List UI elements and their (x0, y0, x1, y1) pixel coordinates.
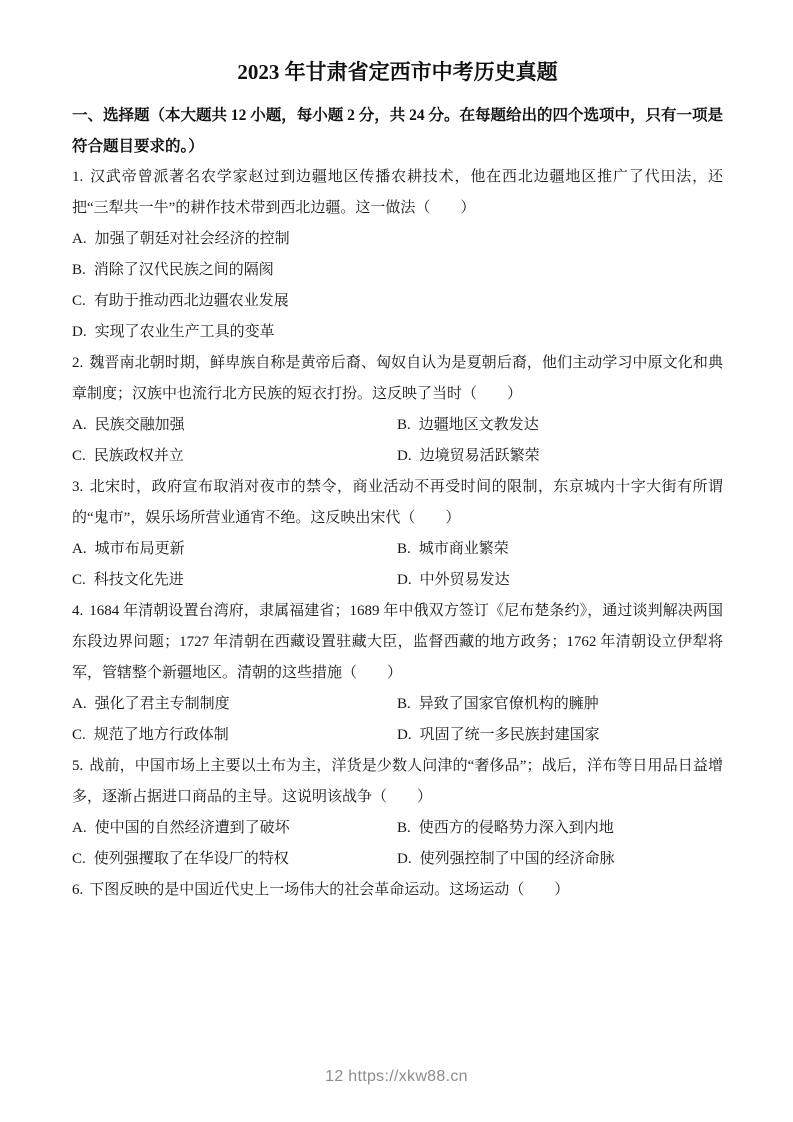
option-label: A. (72, 696, 87, 712)
question-number: 3. (72, 479, 83, 495)
question-body: 战前，中国市场上主要以土布为主，洋货是少数人问津的“奢侈品”；战后，洋布等日用品… (72, 758, 723, 805)
option-label: C. (72, 293, 86, 309)
option-row: D.使列强控制了中国的经济命脉 (397, 844, 723, 875)
option-label: B. (397, 541, 411, 557)
option-text: 边境贸易活跃繁荣 (420, 448, 540, 464)
option-text: 异致了国家官僚机构的臃肿 (419, 696, 599, 712)
option-label: C. (72, 851, 86, 867)
option-row: C.民族政权并立 (72, 441, 397, 472)
question-body: 魏晋南北朝时期，鲜卑族自称是黄帝后裔、匈奴自认为是夏朝后裔，他们主动学习中原文化… (72, 355, 723, 402)
question-text: 5.战前，中国市场上主要以土布为主，洋货是少数人问津的“奢侈品”；战后，洋布等日… (72, 751, 723, 813)
option-text: 消除了汉代民族之间的隔阂 (94, 262, 274, 278)
option-text: 城市布局更新 (95, 541, 185, 557)
option-label: D. (72, 324, 87, 340)
question-body: 下图反映的是中国近代史上一场伟大的社会革命运动。这场运动（ ） (89, 882, 569, 898)
page-title: 2023 年甘肃省定西市中考历史真题 (72, 56, 723, 88)
option-row: B.使西方的侵略势力深入到内地 (397, 813, 723, 844)
option-label: D. (397, 851, 412, 867)
option-label: A. (72, 820, 87, 836)
question-2: 2.魏晋南北朝时期，鲜卑族自称是黄帝后裔、匈奴自认为是夏朝后裔，他们主动学习中原… (72, 348, 723, 472)
option-row: B.边疆地区文教发达 (397, 410, 723, 441)
option-label: C. (72, 448, 86, 464)
question-text: 2.魏晋南北朝时期，鲜卑族自称是黄帝后裔、匈奴自认为是夏朝后裔，他们主动学习中原… (72, 348, 723, 410)
option-label: D. (397, 448, 412, 464)
option-row: A.民族交融加强 (72, 410, 397, 441)
option-label: B. (397, 417, 411, 433)
question-4: 4.1684 年清朝设置台湾府，隶属福建省；1689 年中俄双方签订《尼布楚条约… (72, 596, 723, 751)
option-text: 中外贸易发达 (420, 572, 510, 588)
option-row: C.使列强攫取了在华设厂的特权 (72, 844, 397, 875)
question-body: 1684 年清朝设置台湾府，隶属福建省；1689 年中俄双方签订《尼布楚条约》，… (72, 603, 723, 681)
option-text: 使列强攫取了在华设厂的特权 (94, 851, 289, 867)
question-number: 5. (72, 758, 83, 774)
option-text: 规范了地方行政体制 (94, 727, 229, 743)
option-text: 加强了朝廷对社会经济的控制 (95, 231, 290, 247)
option-label: B. (397, 696, 411, 712)
question-body: 北宋时，政府宣布取消对夜市的禁令，商业活动不再受时间的限制，东京城内十字大街有所… (72, 479, 723, 526)
option-row: A.城市布局更新 (72, 534, 397, 565)
option-label: C. (72, 727, 86, 743)
question-6: 6.下图反映的是中国近代史上一场伟大的社会革命运动。这场运动（ ） (72, 875, 723, 906)
section-heading: 一、选择题（本大题共 12 小题，每小题 2 分，共 24 分。在每题给出的四个… (72, 100, 723, 162)
option-row: D.中外贸易发达 (397, 565, 723, 596)
question-text: 3.北宋时，政府宣布取消对夜市的禁令，商业活动不再受时间的限制，东京城内十字大街… (72, 472, 723, 534)
question-number: 4. (72, 603, 83, 619)
option-label: C. (72, 572, 86, 588)
option-label: B. (72, 262, 86, 278)
option-text: 民族交融加强 (95, 417, 185, 433)
option-row: C.科技文化先进 (72, 565, 397, 596)
option-label: D. (397, 572, 412, 588)
option-text: 实现了农业生产工具的变革 (95, 324, 275, 340)
option-text: 科技文化先进 (94, 572, 184, 588)
question-1: 1.汉武帝曾派著名农学家赵过到边疆地区传播农耕技术，他在西北边疆地区推广了代田法… (72, 162, 723, 348)
question-number: 6. (72, 882, 83, 898)
option-row: D.巩固了统一多民族封建国家 (397, 720, 723, 751)
exam-page: 2023 年甘肃省定西市中考历史真题 一、选择题（本大题共 12 小题，每小题 … (0, 0, 793, 1122)
question-text: 1.汉武帝曾派著名农学家赵过到边疆地区传播农耕技术，他在西北边疆地区推广了代田法… (72, 162, 723, 224)
option-grid: A.使中国的自然经济遭到了破坏 B.使西方的侵略势力深入到内地 C.使列强攫取了… (72, 813, 723, 875)
option-text: 使中国的自然经济遭到了破坏 (95, 820, 290, 836)
question-number: 2. (72, 355, 83, 371)
option-text: 使列强控制了中国的经济命脉 (420, 851, 615, 867)
option-label: A. (72, 231, 87, 247)
option-text: 使西方的侵略势力深入到内地 (419, 820, 614, 836)
question-3: 3.北宋时，政府宣布取消对夜市的禁令，商业活动不再受时间的限制，东京城内十字大街… (72, 472, 723, 596)
option-row: D.实现了农业生产工具的变革 (72, 317, 723, 348)
option-label: B. (397, 820, 411, 836)
option-row: C.有助于推动西北边疆农业发展 (72, 286, 723, 317)
option-row: B.异致了国家官僚机构的臃肿 (397, 689, 723, 720)
option-grid: A.强化了君主专制制度 B.异致了国家官僚机构的臃肿 C.规范了地方行政体制 D… (72, 689, 723, 751)
question-number: 1. (72, 169, 83, 185)
option-text: 强化了君主专制制度 (95, 696, 230, 712)
option-row: A.强化了君主专制制度 (72, 689, 397, 720)
question-5: 5.战前，中国市场上主要以土布为主，洋货是少数人问津的“奢侈品”；战后，洋布等日… (72, 751, 723, 875)
option-row: A.使中国的自然经济遭到了破坏 (72, 813, 397, 844)
option-text: 民族政权并立 (94, 448, 184, 464)
option-label: D. (397, 727, 412, 743)
option-row: A.加强了朝廷对社会经济的控制 (72, 224, 723, 255)
option-text: 巩固了统一多民族封建国家 (420, 727, 600, 743)
question-body: 汉武帝曾派著名农学家赵过到边疆地区传播农耕技术，他在西北边疆地区推广了代田法，还… (72, 169, 723, 216)
option-grid: A.民族交融加强 B.边疆地区文教发达 C.民族政权并立 D.边境贸易活跃繁荣 (72, 410, 723, 472)
option-grid: A.城市布局更新 B.城市商业繁荣 C.科技文化先进 D.中外贸易发达 (72, 534, 723, 596)
option-text: 边疆地区文教发达 (419, 417, 539, 433)
page-footer: 12 https://xkw88.cn (0, 1068, 793, 1086)
option-text: 城市商业繁荣 (419, 541, 509, 557)
option-row: D.边境贸易活跃繁荣 (397, 441, 723, 472)
option-row: C.规范了地方行政体制 (72, 720, 397, 751)
option-text: 有助于推动西北边疆农业发展 (94, 293, 289, 309)
option-label: A. (72, 417, 87, 433)
question-text: 4.1684 年清朝设置台湾府，隶属福建省；1689 年中俄双方签订《尼布楚条约… (72, 596, 723, 689)
question-text: 6.下图反映的是中国近代史上一场伟大的社会革命运动。这场运动（ ） (72, 875, 723, 906)
option-row: B.消除了汉代民族之间的隔阂 (72, 255, 723, 286)
option-label: A. (72, 541, 87, 557)
option-row: B.城市商业繁荣 (397, 534, 723, 565)
